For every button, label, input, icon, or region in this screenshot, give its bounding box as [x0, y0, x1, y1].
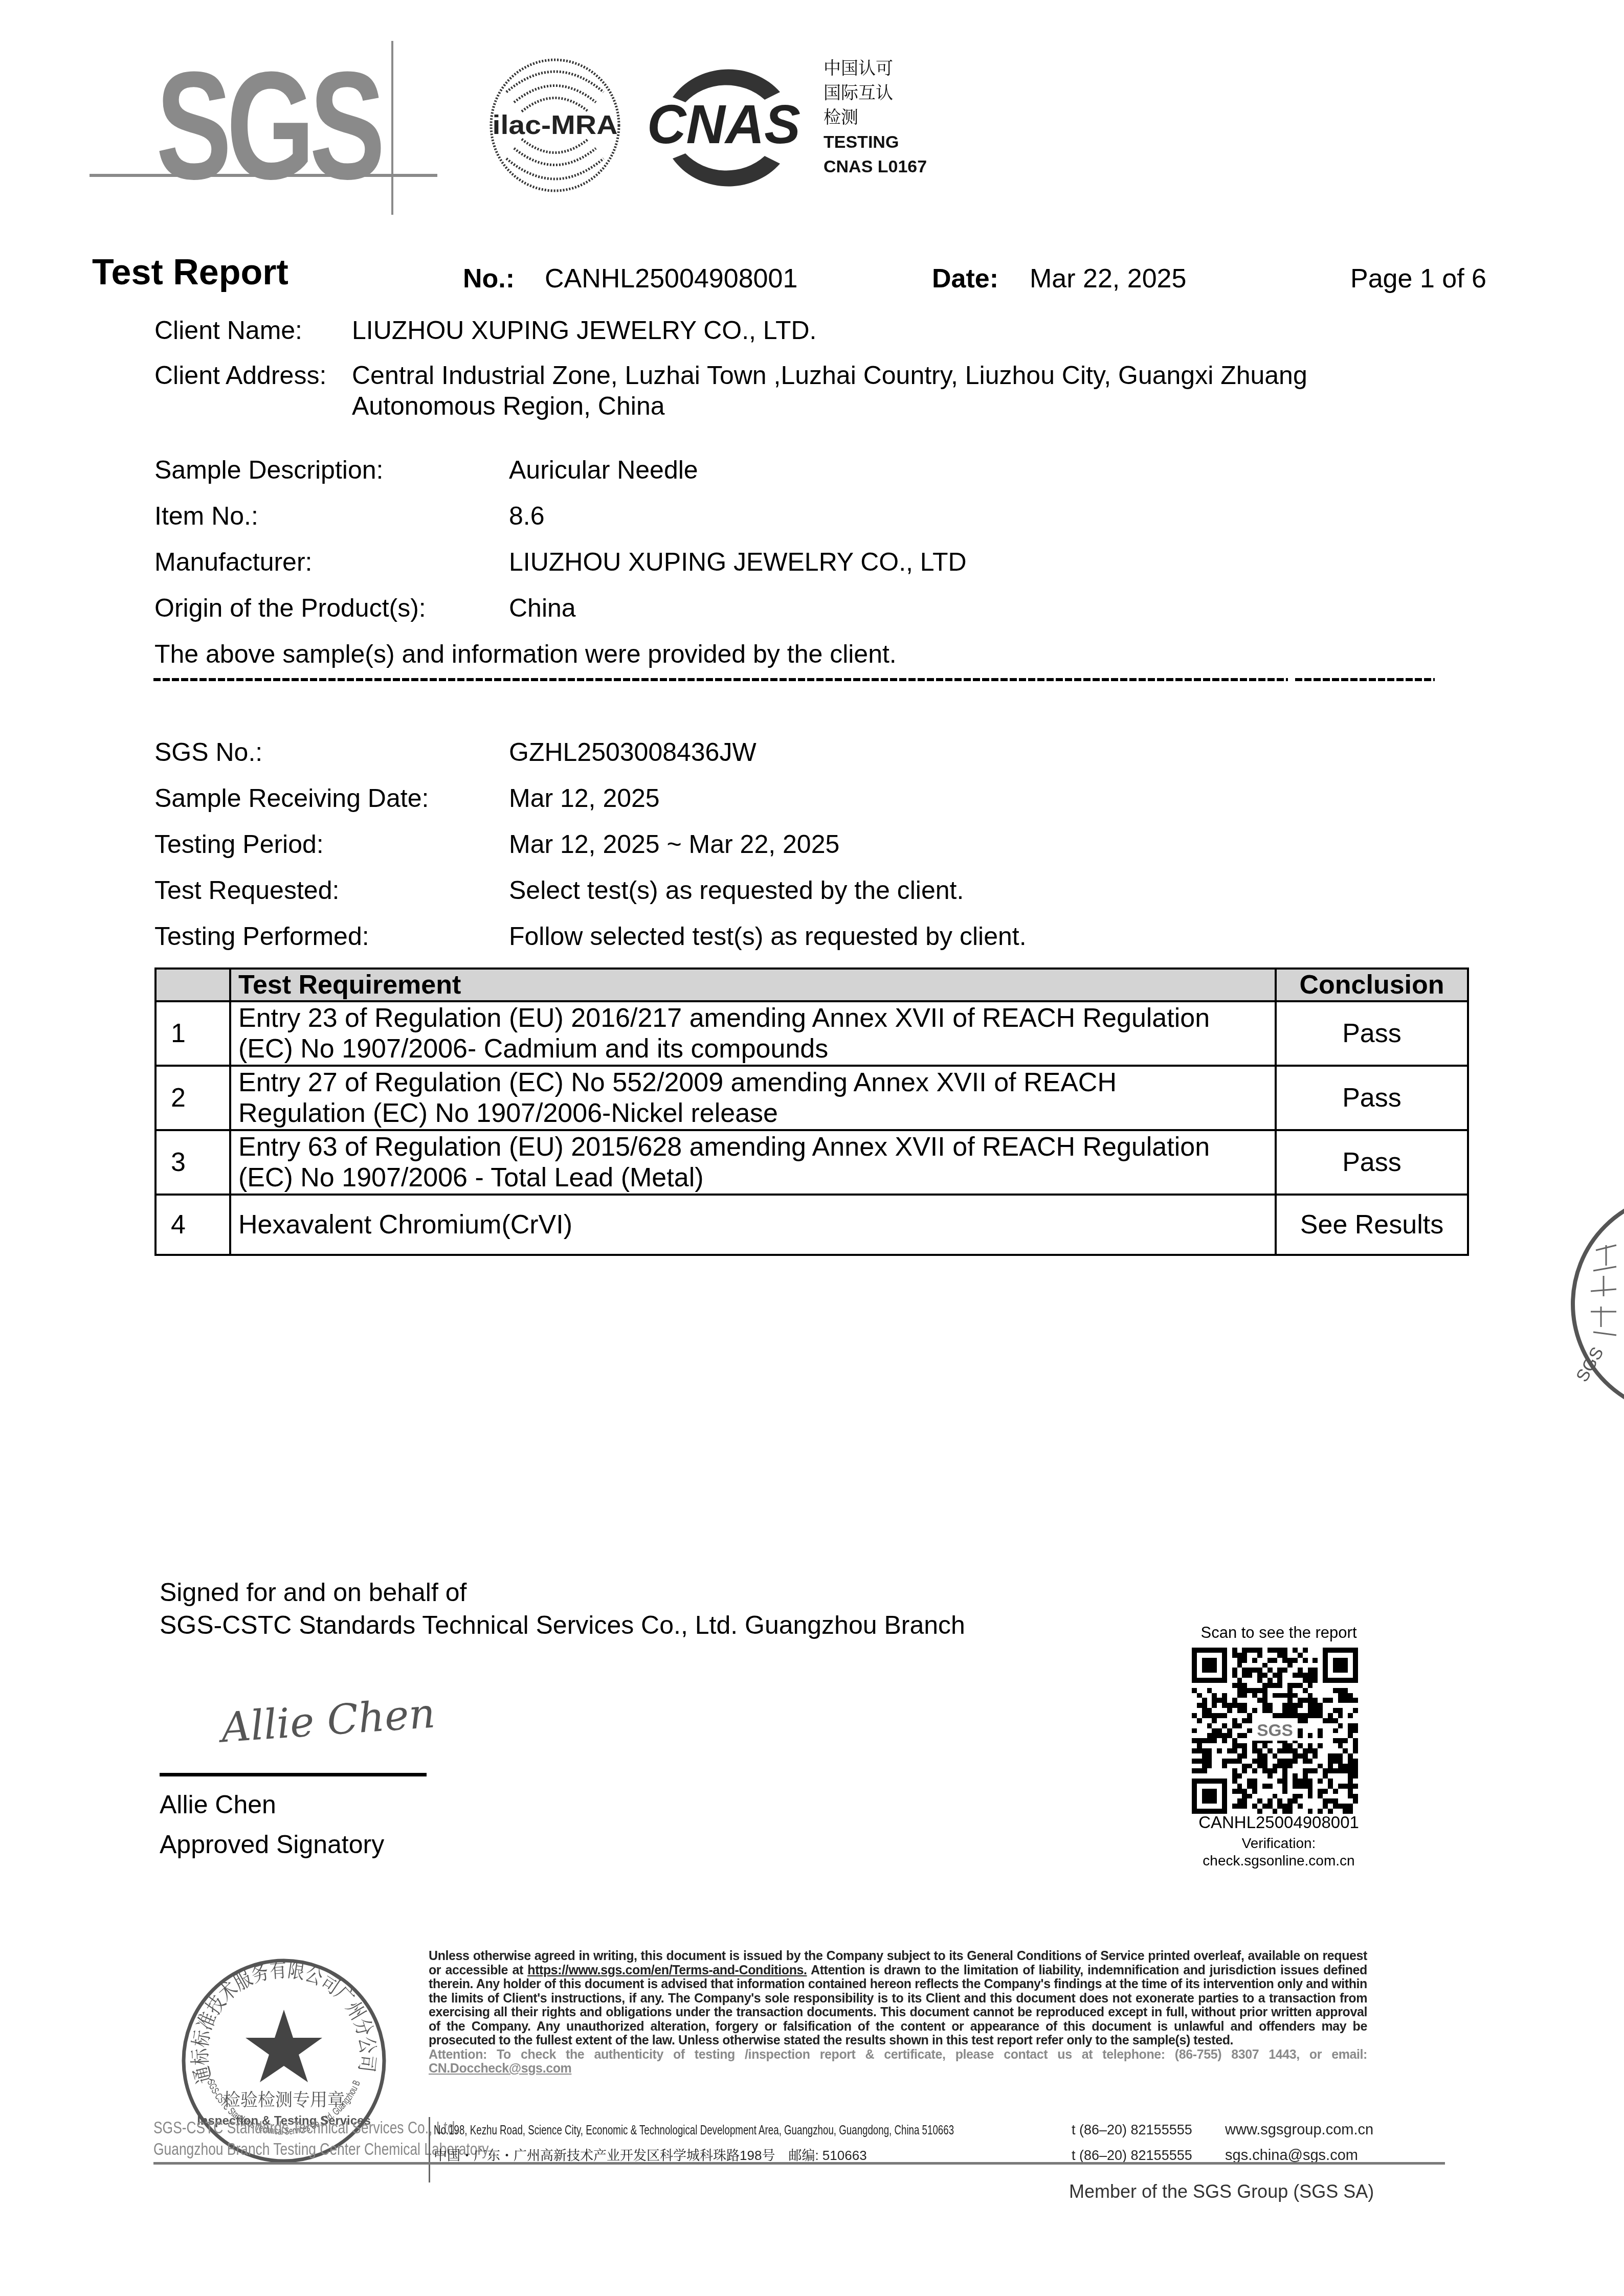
verification-label: Verification:	[1176, 1835, 1381, 1852]
signature-line	[160, 1773, 427, 1776]
qr-report-number: CANHL25004908001	[1176, 1813, 1381, 1832]
row-conclusion: Pass	[1276, 1130, 1468, 1195]
sample-provided-note: The above sample(s) and information were…	[154, 639, 897, 669]
dashed-separator-gap	[1288, 675, 1294, 684]
cnas-cn-line3: 检测	[824, 105, 927, 130]
item-no-value: 8.6	[509, 501, 545, 531]
table-header-row: Test Requirement Conclusion	[155, 969, 1468, 1001]
report-date-value: Mar 22, 2025	[1030, 263, 1186, 294]
sgs-logo: SGS	[90, 36, 437, 189]
cnas-text: CNAS	[647, 93, 800, 155]
table-row: 1 Entry 23 of Regulation (EU) 2016/217 a…	[155, 1001, 1468, 1066]
qr-code-icon[interactable]: SGS	[1187, 1648, 1363, 1814]
footer-rule	[153, 2162, 1445, 2165]
website-link[interactable]: www.sgsgroup.com.cn	[1225, 2117, 1373, 2143]
client-address-line2: Autonomous Region, China	[352, 391, 665, 421]
page-indicator: Page 1 of 6	[1350, 263, 1486, 294]
member-of-sgs-group: Member of the SGS Group (SGS SA)	[1069, 2181, 1374, 2202]
table-row: 2 Entry 27 of Regulation (EC) No 552/200…	[155, 1066, 1468, 1130]
row-requirement: Entry 63 of Regulation (EU) 2015/628 ame…	[230, 1130, 1276, 1195]
sgs-no-label: SGS No.:	[154, 737, 262, 767]
doccheck-email-link[interactable]: CN.Doccheck@sgs.com	[429, 2061, 571, 2076]
cnas-testing: TESTING	[824, 130, 927, 154]
report-no-value: CANHL25004908001	[545, 263, 797, 294]
report-date-label: Date:	[932, 263, 998, 294]
row-conclusion: See Results	[1276, 1195, 1468, 1255]
origin-label: Origin of the Product(s):	[154, 593, 426, 623]
item-no-label: Item No.:	[154, 501, 258, 531]
logo-divider	[391, 41, 393, 215]
table-row: 4 Hexavalent Chromium(CrVI) See Results	[155, 1195, 1468, 1255]
verification-url[interactable]: check.sgsonline.com.cn	[1176, 1852, 1381, 1870]
sgs-logo-text: SGS	[156, 51, 380, 199]
sgs-no-value: GZHL2503008436JW	[509, 737, 757, 767]
testing-performed-value: Follow selected test(s) as requested by …	[509, 921, 1027, 951]
qr-center-logo: SGS	[1257, 1721, 1293, 1740]
client-name-label: Client Name:	[154, 316, 302, 345]
footer-phones: t (86–20) 82155555 t (86–20) 82155555	[1072, 2117, 1192, 2168]
ilac-text: ilac-MRA	[493, 110, 618, 140]
footer-address: No.198, Kezhu Road, Science City, Econom…	[434, 2117, 1156, 2168]
row-number: 4	[155, 1195, 230, 1255]
row-requirement: Hexavalent Chromium(CrVI)	[230, 1195, 1276, 1255]
manufacturer-label: Manufacturer:	[154, 547, 312, 577]
signed-line1: Signed for and on behalf of	[160, 1576, 965, 1609]
row-conclusion: Pass	[1276, 1066, 1468, 1130]
footer-divider	[429, 2117, 430, 2182]
requirement-line1: Entry 63 of Regulation (EU) 2015/628 ame…	[238, 1132, 1267, 1162]
sample-description-label: Sample Description:	[154, 455, 383, 485]
header-conclusion: Conclusion	[1276, 969, 1468, 1001]
stamp-center-cn: 检验检测专用章	[223, 2090, 345, 2110]
handwritten-signature: Allie Chen	[219, 1690, 436, 1752]
signatory-name: Allie Chen	[160, 1790, 276, 1819]
cnas-cn-line2: 国际互认	[824, 81, 927, 105]
origin-value: China	[509, 593, 576, 623]
requirement-line1: Hexavalent Chromium(CrVI)	[238, 1209, 1267, 1240]
table-row: 3 Entry 63 of Regulation (EU) 2015/628 a…	[155, 1130, 1468, 1195]
signed-line2: SGS-CSTC Standards Technical Services Co…	[160, 1609, 965, 1641]
phone-1: t (86–20) 82155555	[1072, 2117, 1192, 2143]
qr-caption: Scan to see the report	[1176, 1624, 1381, 1642]
row-conclusion: Pass	[1276, 1001, 1468, 1066]
requirement-line2: Regulation (EC) No 1907/2006-Nickel rele…	[238, 1098, 1267, 1129]
client-address-label: Client Address:	[154, 361, 326, 390]
client-name-value: LIUZHOU XUPING JEWELRY CO., LTD.	[352, 316, 817, 345]
header-requirement: Test Requirement	[230, 969, 1276, 1001]
test-requirement-table: Test Requirement Conclusion 1 Entry 23 o…	[154, 967, 1469, 1256]
address-en: No.198, Kezhu Road, Science City, Econom…	[434, 2117, 954, 2143]
qr-verification: Verification: check.sgsonline.com.cn	[1176, 1835, 1381, 1870]
cnas-cn-line1: 中国认可	[824, 56, 927, 81]
authenticity-notice: Attention: To check the authenticity of …	[429, 2048, 1367, 2076]
dashed-separator	[153, 678, 1435, 681]
testing-period-label: Testing Period:	[154, 829, 324, 859]
signed-on-behalf: Signed for and on behalf of SGS-CSTC Sta…	[160, 1576, 965, 1641]
logo-underline	[90, 174, 437, 177]
cnas-number: CNAS L0167	[824, 154, 927, 179]
terms-link[interactable]: https://www.sgs.com/en/Terms-and-Conditi…	[527, 1963, 807, 1977]
report-no-label: No.:	[463, 263, 515, 294]
page-title: Test Report	[92, 252, 288, 292]
signatory-title: Approved Signatory	[160, 1830, 384, 1859]
receiving-date-value: Mar 12, 2025	[509, 783, 660, 813]
cnas-accreditation-text: 中国认可 国际互认 检测 TESTING CNAS L0167	[824, 56, 927, 179]
receiving-date-label: Sample Receiving Date:	[154, 783, 429, 813]
test-requested-value: Select test(s) as requested by the clien…	[509, 875, 964, 905]
requirement-line1: Entry 23 of Regulation (EU) 2016/217 ame…	[238, 1003, 1267, 1033]
legal-disclaimer: Unless otherwise agreed in writing, this…	[429, 1949, 1367, 2076]
row-requirement: Entry 23 of Regulation (EU) 2016/217 ame…	[230, 1001, 1276, 1066]
row-number: 2	[155, 1066, 230, 1130]
row-number: 1	[155, 1001, 230, 1066]
cnas-logo-icon: CNAS	[642, 61, 806, 194]
attention-text: Attention: To check the authenticity of …	[429, 2047, 1367, 2062]
client-address-line1: Central Industrial Zone, Luzhai Town ,Lu…	[352, 361, 1307, 390]
requirement-line1: Entry 27 of Regulation (EC) No 552/2009 …	[238, 1067, 1267, 1098]
edge-seal-icon: SGS	[1565, 1189, 1624, 1419]
testing-period-value: Mar 12, 2025 ~ Mar 22, 2025	[509, 829, 839, 859]
requirement-line2: (EC) No 1907/2006- Cadmium and its compo…	[238, 1033, 1267, 1064]
ilac-mra-logo-icon: ilac-MRA	[486, 56, 624, 194]
row-number: 3	[155, 1130, 230, 1195]
manufacturer-value: LIUZHOU XUPING JEWELRY CO., LTD	[509, 547, 967, 577]
footer-contacts: www.sgsgroup.com.cn sgs.china@sgs.com	[1225, 2117, 1373, 2168]
row-requirement: Entry 27 of Regulation (EC) No 552/2009 …	[230, 1066, 1276, 1130]
requirement-line2: (EC) No 1907/2006 - Total Lead (Metal)	[238, 1162, 1267, 1193]
test-requested-label: Test Requested:	[154, 875, 339, 905]
sample-description-value: Auricular Needle	[509, 455, 698, 485]
header-num	[155, 969, 230, 1001]
testing-performed-label: Testing Performed:	[154, 921, 369, 951]
